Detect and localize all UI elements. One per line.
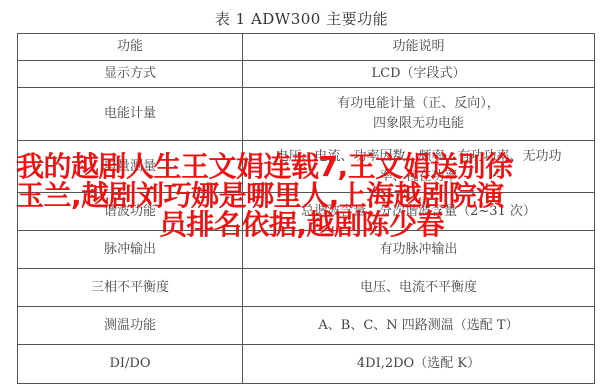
table-caption: 表 1 ADW300 主要功能 — [0, 8, 603, 29]
description-cell: 有功脉冲输出 — [243, 231, 595, 269]
function-cell: 三相不平衡度 — [18, 269, 243, 307]
table-header-row: 功能 功能说明 — [18, 34, 595, 61]
table-row: 测温功能 A、B、C、N 四路测温（选配 T） — [18, 307, 595, 345]
header-description: 功能说明 — [243, 34, 595, 61]
table-row: 三相不平衡度 电压、电流不平衡度 — [18, 269, 595, 307]
description-cell: LCD（字段式） — [243, 61, 595, 88]
function-cell: 测温功能 — [18, 307, 243, 345]
function-cell: 脉冲输出 — [18, 231, 243, 269]
functions-table: 功能 功能说明 显示方式 LCD（字段式） 电能计量 有功电能计量（正、反向），… — [17, 33, 595, 384]
function-cell: 电能计量 — [18, 88, 243, 141]
description-line: 有功电能计量（正、反向）， — [243, 94, 594, 114]
description-cell: 总谐波含量、分次谐波含量（2~31 次） — [243, 193, 595, 231]
description-line: 四象限无功电能 — [243, 114, 594, 134]
description-cell: 电压、电流、功率因数、频率、有功功率、无功功 率、视在功率 — [243, 141, 595, 193]
table-row: DI/DO 4DI,2DO（选配 K） — [18, 345, 595, 384]
function-cell: 谐波功能 — [18, 193, 243, 231]
function-cell: DI/DO — [18, 345, 243, 384]
table-row: 电量测量 电压、电流、功率因数、频率、有功功率、无功功 率、视在功率 — [18, 141, 595, 193]
table-row: 谐波功能 总谐波含量、分次谐波含量（2~31 次） — [18, 193, 595, 231]
description-cell: 电压、电流不平衡度 — [243, 269, 595, 307]
table-row: 脉冲输出 有功脉冲输出 — [18, 231, 595, 269]
description-cell: A、B、C、N 四路测温（选配 T） — [243, 307, 595, 345]
header-function: 功能 — [18, 34, 243, 61]
function-cell: 显示方式 — [18, 61, 243, 88]
function-cell: 电量测量 — [18, 141, 243, 193]
description-cell: 有功电能计量（正、反向）， 四象限无功电能 — [243, 88, 595, 141]
table-row: 电能计量 有功电能计量（正、反向）， 四象限无功电能 — [18, 88, 595, 141]
description-line: 电压、电流、功率因数、频率、有功功率、无功功 — [243, 147, 594, 167]
table-row: 显示方式 LCD（字段式） — [18, 61, 595, 88]
description-cell: 4DI,2DO（选配 K） — [243, 345, 595, 384]
description-line: 率、视在功率 — [243, 167, 594, 187]
